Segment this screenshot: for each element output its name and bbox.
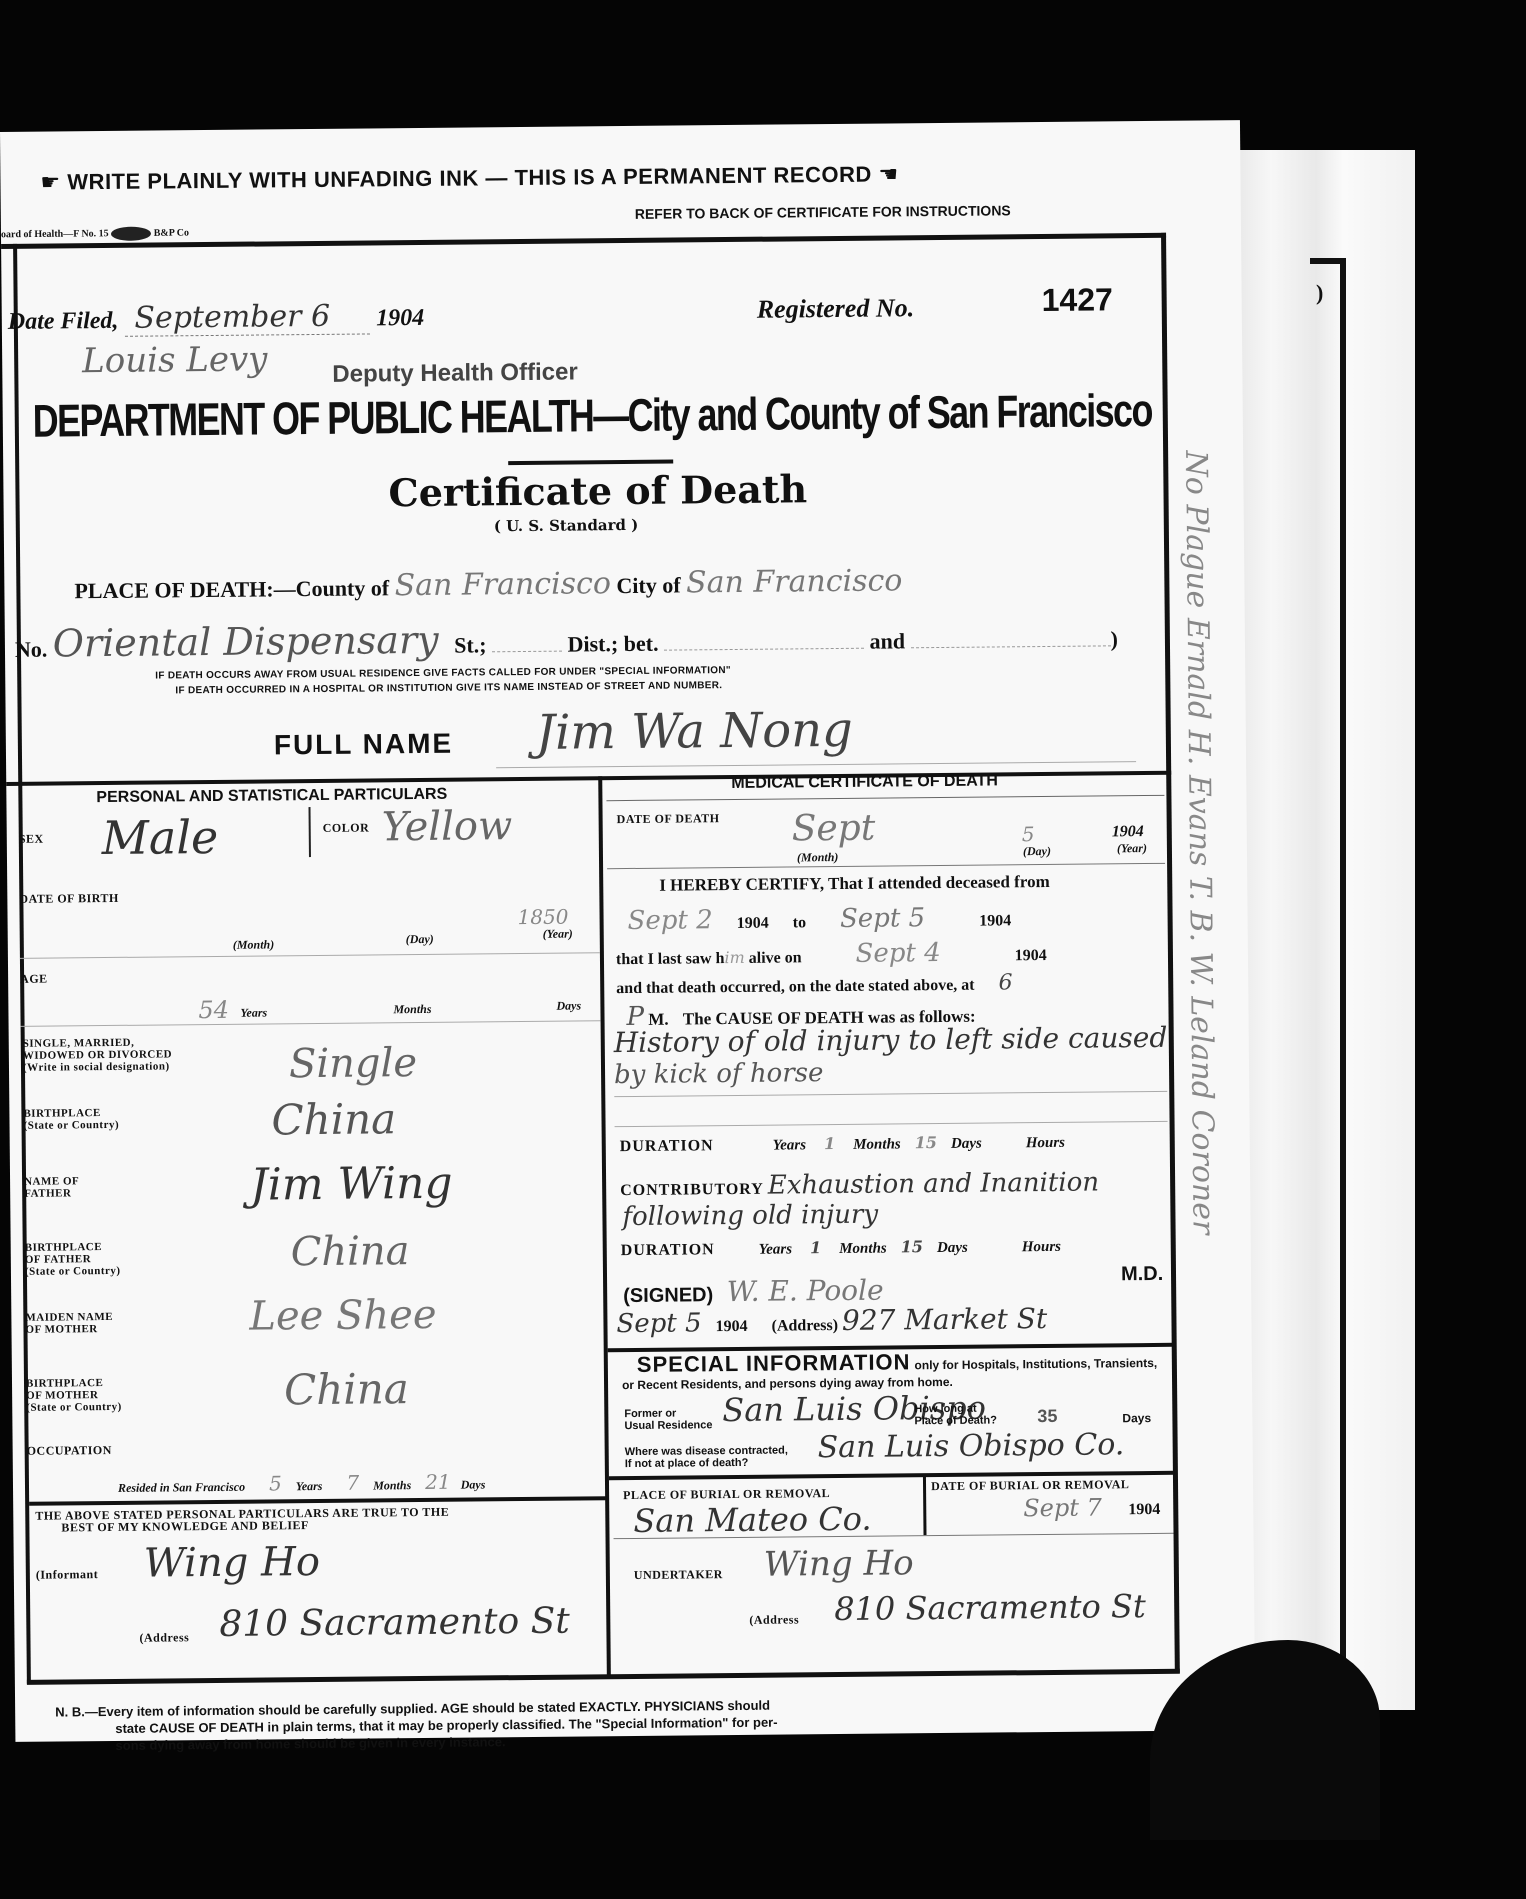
occupation-label: OCCUPATION xyxy=(27,1443,112,1459)
attended-row: Sept 2 1904 to Sept 5 1904 xyxy=(627,902,1011,936)
date-filed-value: September 6 xyxy=(124,298,370,336)
officer-signature: Louis Levy xyxy=(82,339,268,381)
address-row: No. Oriental Dispensary St.; Dist.; bet.… xyxy=(15,611,1155,666)
place-note-2: IF DEATH OCCURRED IN A HOSPITAL OR INSTI… xyxy=(175,680,722,696)
last-saw-row: that I last saw him alive on Sept 4 1904 xyxy=(616,937,1047,971)
signed-date-row: Sept 5 1904 (Address) 927 Market St xyxy=(616,1302,1047,1339)
certificate-page: ☛ WRITE PLAINLY WITH UNFADING INK — THIS… xyxy=(0,120,1255,1742)
dod-day-value: 5 xyxy=(1022,822,1035,846)
mother-value: Lee Shee xyxy=(249,1292,437,1340)
cause-line-1: History of old injury to left side cause… xyxy=(614,1021,1168,1059)
undertaker-address: 810 Sacramento St xyxy=(834,1587,1146,1628)
sex-value: Male xyxy=(102,810,219,865)
column-divider xyxy=(598,776,611,1676)
father-birthplace-value: China xyxy=(291,1228,410,1275)
undertaker-value: Wing Ho xyxy=(764,1543,914,1584)
burial-place-value: San Mateo Co. xyxy=(633,1500,872,1540)
date-filed: Date Filed, September 6 1904 xyxy=(8,298,425,337)
mother-birthplace-value: China xyxy=(284,1364,409,1414)
pointing-hand-icon: ☛ xyxy=(40,169,60,194)
officer-title: Deputy Health Officer xyxy=(332,358,578,388)
title-rule xyxy=(508,460,673,466)
cause-line-2: by kick of horse xyxy=(614,1058,824,1090)
pointing-hand-icon: ☚ xyxy=(878,161,898,186)
special-info-header: SPECIAL INFORMATION only for Hospitals, … xyxy=(637,1347,1158,1378)
color-label: COLOR xyxy=(323,820,370,835)
father-value: Jim Wing xyxy=(250,1158,453,1211)
attended-from-value: Sept 2 xyxy=(627,905,712,936)
refer-back-note: REFER TO BACK OF CERTIFICATE FOR INSTRUC… xyxy=(635,202,1011,222)
footnote: N. B.—Every item of information should b… xyxy=(55,1697,778,1755)
mother-label: MAIDEN NAME OF MOTHER xyxy=(25,1311,113,1336)
duration-row-1: DURATION Years 1 Months 15 Days Hours xyxy=(620,1132,1065,1156)
form-code: oard of Health—F No. 15 B&P Co xyxy=(1,226,189,242)
burial-date-value: Sept 7 xyxy=(1023,1493,1102,1522)
age-label: AGE xyxy=(20,972,48,987)
dob-year-value: 1850 xyxy=(517,905,568,929)
city-value: San Francisco xyxy=(686,563,903,600)
certificate-title: Certificate of Death xyxy=(388,466,807,515)
birthplace-label: BIRTHPLACE (State or Country) xyxy=(23,1107,119,1132)
place-of-death-row: PLACE OF DEATH:—County of San Francisco … xyxy=(74,563,902,606)
place-address-value: Oriental Dispensary xyxy=(53,618,439,666)
frame-left xyxy=(13,244,31,1684)
resided-row: Resided in San Francisco 5 Years 7 Month… xyxy=(118,1469,486,1497)
marital-label: SINGLE, MARRIED, WIDOWED OR DIVORCED (Wr… xyxy=(23,1036,173,1073)
contributory-row: CONTRIBUTORY Exhaustion and Inanition xyxy=(620,1167,1099,1202)
undertaker-address-label: (Address xyxy=(749,1612,799,1627)
us-standard: ( U. S. Standard ) xyxy=(494,516,639,535)
date-of-death-label: DATE OF DEATH xyxy=(617,811,720,827)
medical-section-title: MEDICAL CERTIFICATE OF DEATH xyxy=(731,772,998,793)
duration-row-2: DURATION Years 1 Months 15 Days Hours xyxy=(621,1236,1061,1260)
attended-to-value: Sept 5 xyxy=(840,903,925,934)
how-long-label: How long at Place of Death? xyxy=(914,1402,997,1427)
permanent-record-banner: ☛ WRITE PLAINLY WITH UNFADING INK — THIS… xyxy=(40,161,898,195)
informant-address: 810 Sacramento St xyxy=(219,1601,570,1645)
md-label: M.D. xyxy=(1121,1263,1163,1286)
back-page-bracket: ) xyxy=(1316,280,1323,306)
last-saw-date-value: Sept 4 xyxy=(855,938,940,969)
signed-date-value: Sept 5 xyxy=(616,1308,701,1339)
back-page-border xyxy=(1310,258,1346,1714)
margin-note: No Plague Ernald H. Evans T. B. W. Lelan… xyxy=(1178,450,1221,1234)
informant-address-label: (Address xyxy=(139,1630,189,1645)
hour-value: 6 xyxy=(998,970,1012,995)
certify-statement: I HEREBY CERTIFY, That I attended deceas… xyxy=(659,872,1050,896)
dod-year-value: 1904 xyxy=(1112,823,1144,841)
physician-address: 927 Market St xyxy=(842,1302,1048,1337)
birthplace-value: China xyxy=(271,1094,396,1144)
department-heading: DEPARTMENT OF PUBLIC HEALTH—City and Cou… xyxy=(33,383,1153,448)
former-residence-label: Former or Usual Residence xyxy=(624,1407,712,1432)
frame-right xyxy=(1161,233,1180,1673)
color-value: Yellow xyxy=(381,803,512,850)
burial-year: 1904 xyxy=(1128,1501,1160,1519)
frame-bottom xyxy=(27,1669,1180,1685)
informant-name: Wing Ho xyxy=(144,1539,321,1587)
dob-label: DATE OF BIRTH xyxy=(19,891,119,907)
resided-months-value: 7 xyxy=(346,1471,359,1495)
full-name-value: Jim Wa Nong xyxy=(536,702,853,761)
undertaker-label: UNDERTAKER xyxy=(634,1567,723,1583)
marital-value: Single xyxy=(289,1040,417,1087)
informant-label: (Informant xyxy=(36,1567,98,1583)
contributory-value-1: Exhaustion and Inanition xyxy=(768,1167,1100,1200)
father-label: NAME OF FATHER xyxy=(24,1175,79,1200)
resided-years-value: 5 xyxy=(269,1471,282,1495)
sex-label: SEX xyxy=(19,832,44,847)
contracted-label: Where was disease contracted, If not at … xyxy=(625,1444,788,1470)
father-birthplace-label: BIRTHPLACE OF FATHER (State or Country) xyxy=(25,1241,121,1278)
full-name-label: FULL NAME xyxy=(274,728,454,762)
registered-number: 1427 xyxy=(1041,281,1113,319)
county-value: San Francisco xyxy=(394,566,611,603)
time-of-death-row: and that death occurred, on the date sta… xyxy=(616,970,1013,999)
registered-label: Registered No. xyxy=(757,293,915,325)
burial-date-label: DATE of BURIAL or REMOVAL xyxy=(931,1477,1129,1494)
how-long-value: 35 xyxy=(1037,1406,1057,1427)
informant-statement: THE ABOVE STATED PERSONAL PARTICULARS AR… xyxy=(35,1506,449,1534)
mother-birthplace-label: BIRTHPLACE OF MOTHER (State or Country) xyxy=(26,1377,122,1414)
age-years-value: 54 xyxy=(198,996,229,1024)
contributory-value-2: following old injury xyxy=(622,1200,878,1232)
resided-days-value: 21 xyxy=(425,1470,451,1494)
dod-month-value: Sept xyxy=(792,808,876,850)
union-seal-icon xyxy=(111,227,151,241)
how-long-unit: Days xyxy=(1122,1411,1151,1425)
contracted-value: San Luis Obispo Co. xyxy=(817,1427,1124,1465)
place-note-1: IF DEATH OCCURS AWAY FROM USUAL RESIDENC… xyxy=(155,665,731,682)
